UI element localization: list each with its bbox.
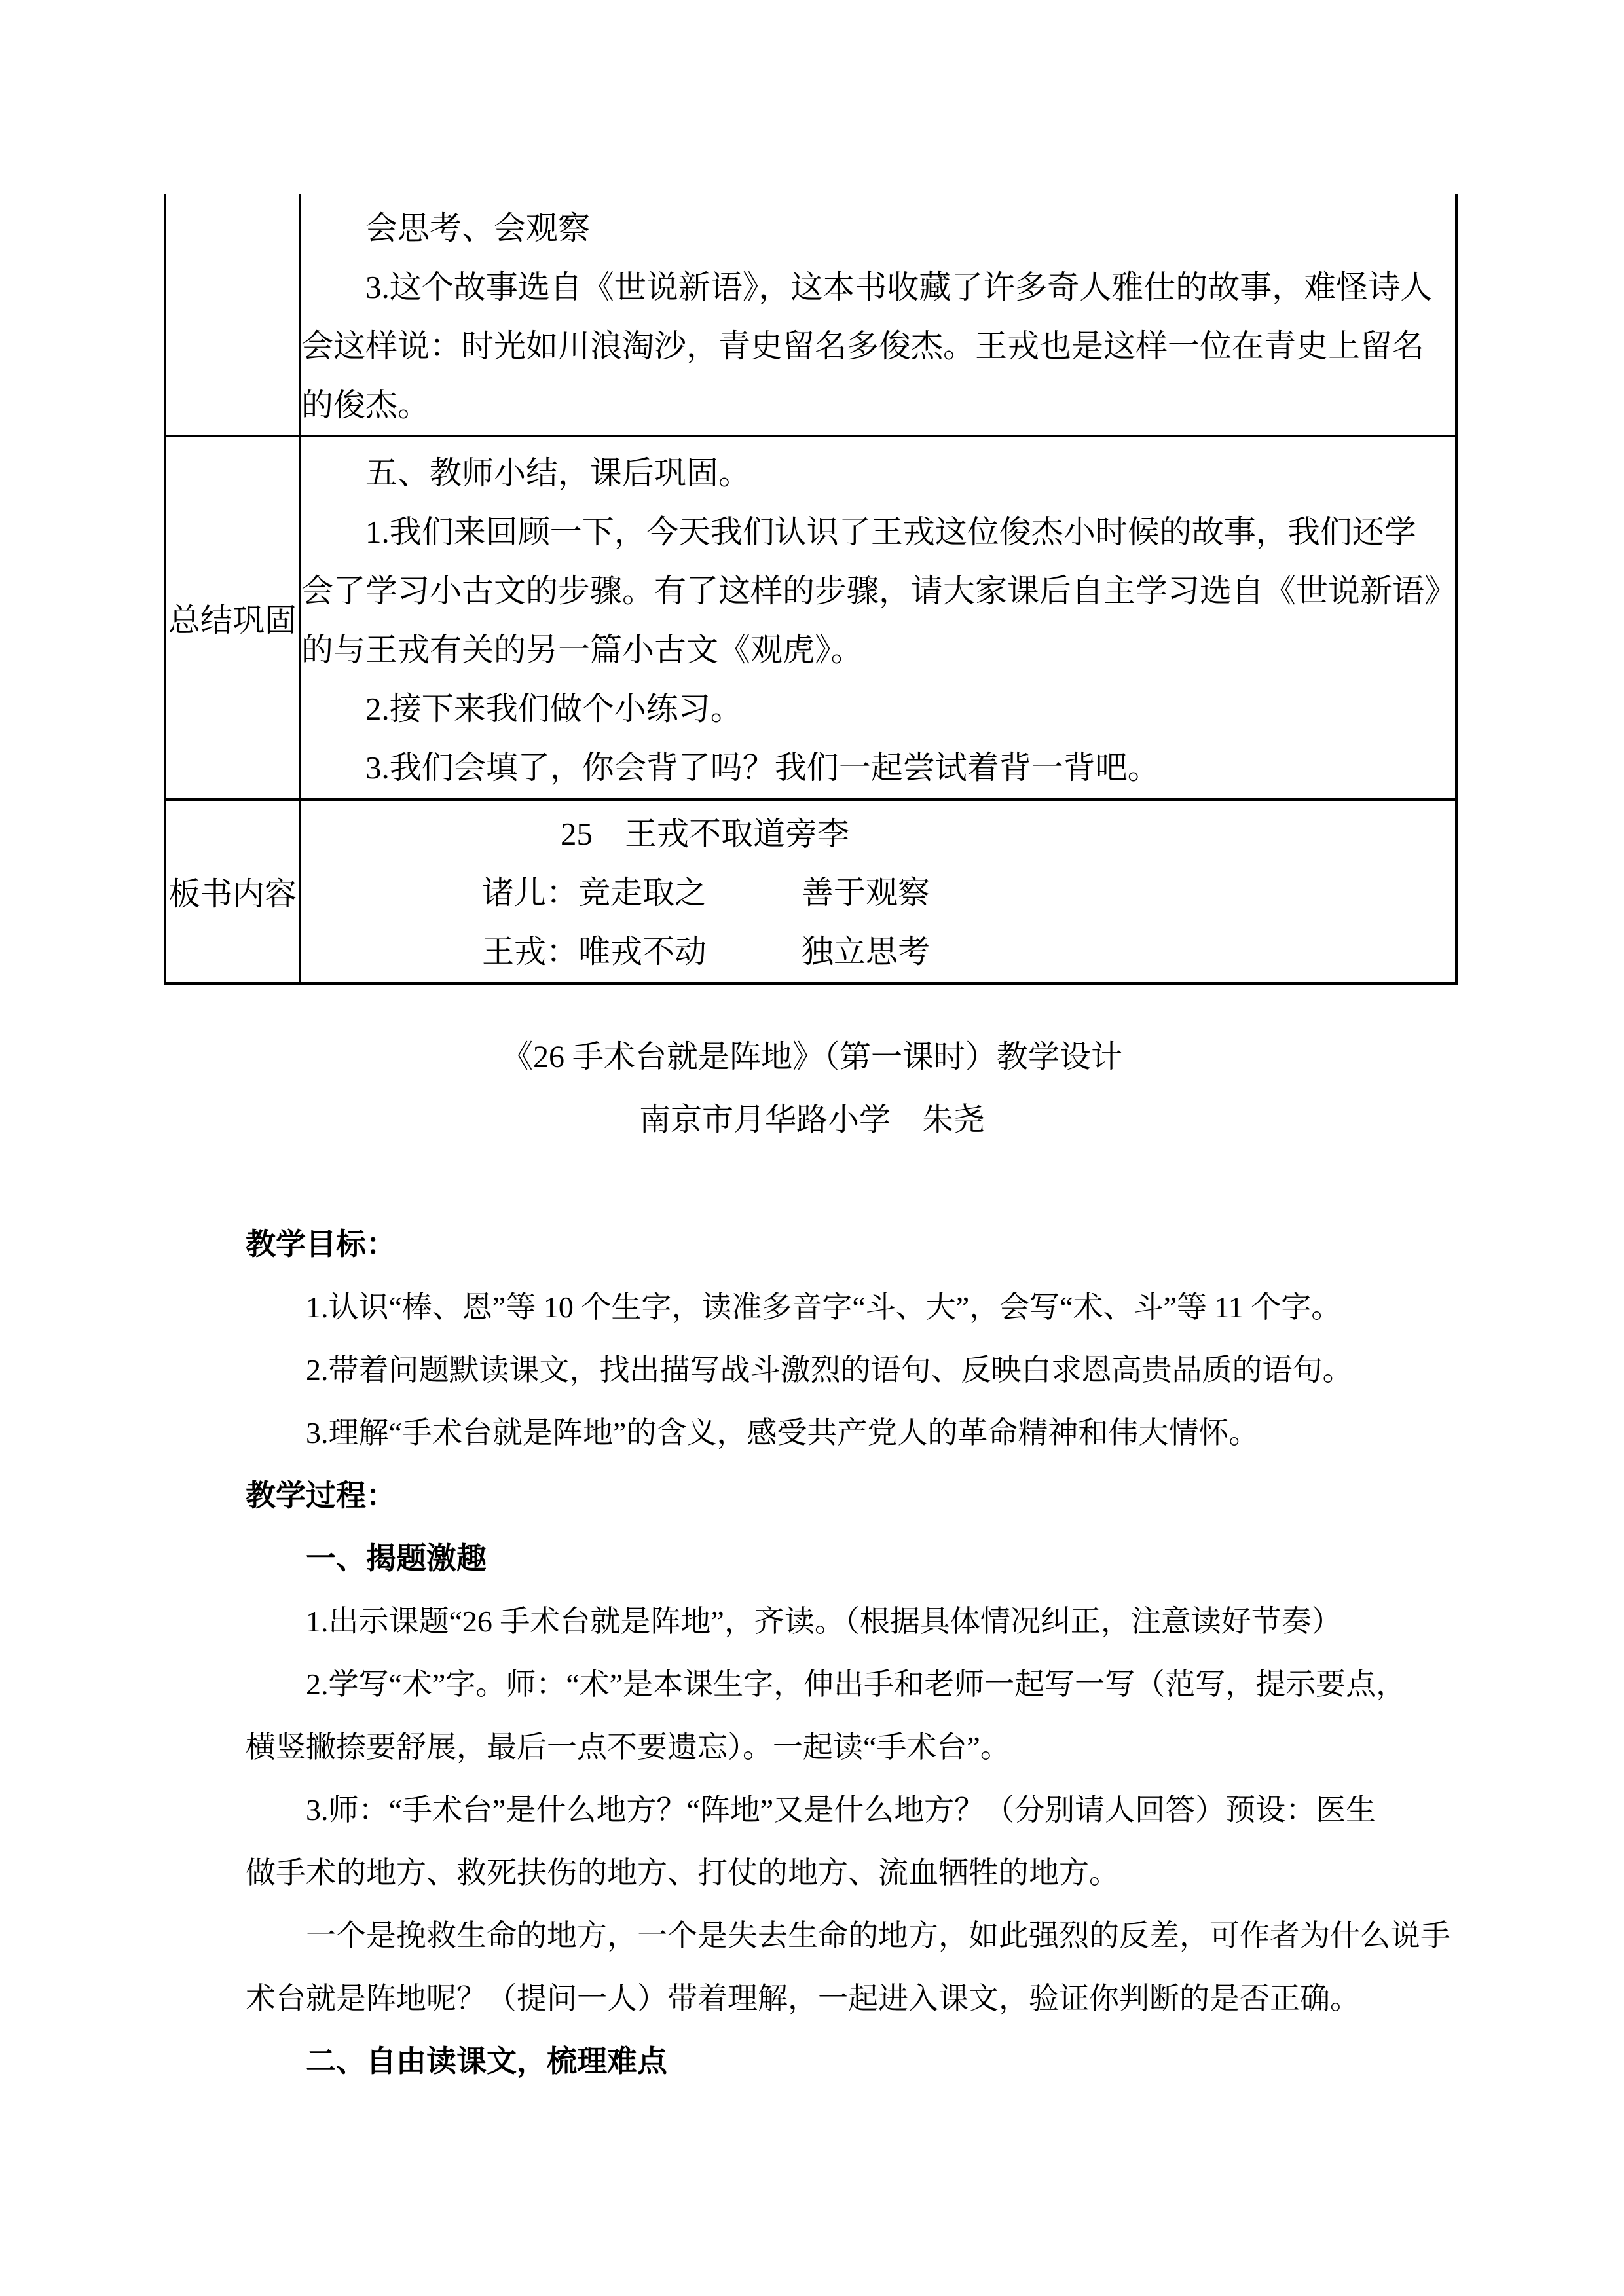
body-line: 2.带着问题默读课文，找出描写战斗激烈的语句、反映白求恩高贵品质的语句。 [246,1339,1477,1402]
board-pair-right: 独立思考 [802,922,930,981]
row-label-empty [166,194,301,435]
table-text-line: 会思考、会观察 [301,199,1455,258]
board-pair-line: 王戎：唯戎不动独立思考 [301,922,1455,981]
lesson-plan-table: 会思考、会观察 3.这个故事选自《世说新语》，这本书收藏了许多奇人雅仕的故事，难… [164,194,1458,985]
section-heading-step2: 二、自由读课文，梳理难点 [246,2030,1477,2093]
section-heading-objectives: 教学目标： [246,1213,1477,1276]
section-heading-step1: 一、揭题激趣 [246,1527,1477,1590]
row-content: 25 王戎不取道旁李 诸儿：竞走取之善于观察 王戎：唯戎不动独立思考 [301,801,1455,982]
title-block: 《26 手术台就是阵地》（第一课时）教学设计 南京市月华路小学 朱尧 [165,1026,1459,1152]
board-pair-right: 善于观察 [802,864,930,922]
row-content: 五、教师小结，课后巩固。 1.我们来回顾一下，今天我们认识了王戎这位俊杰小时候的… [301,437,1455,798]
lesson-body: 教学目标： 1.认识“棒、恩”等 10 个生字，读准多音字“斗、大”，会写“术、… [246,1213,1477,2093]
page-title: 《26 手术台就是阵地》（第一课时）教学设计 [165,1026,1459,1089]
table-row-board: 板书内容 25 王戎不取道旁李 诸儿：竞走取之善于观察 王戎：唯戎不动独立思考 [166,801,1455,985]
row-label-board: 板书内容 [166,801,301,982]
table-text-line: 3.这个故事选自《世说新语》，这本书收藏了许多奇人雅仕的故事，难怪诗人 [301,258,1455,317]
table-row-continued: 会思考、会观察 3.这个故事选自《世说新语》，这本书收藏了许多奇人雅仕的故事，难… [166,194,1455,437]
body-line: 1.出示课题“26 手术台就是阵地”，齐读。（根据具体情况纠正，注意读好节奏） [246,1590,1477,1653]
table-text-line: 2.接下来我们做个小练习。 [301,680,1455,738]
table-row-summary: 总结巩固 五、教师小结，课后巩固。 1.我们来回顾一下，今天我们认识了王戎这位俊… [166,437,1455,801]
board-title-line: 25 王戎不取道旁李 [301,805,1455,864]
body-line: 3.理解“手术台就是阵地”的含义，感受共产党人的革命精神和伟大情怀。 [246,1402,1477,1465]
body-line: 3.师：“手术台”是什么地方？“阵地”又是什么地方？（分别请人回答）预设：医生 [246,1779,1477,1842]
body-line: 2.学写“术”字。师：“术”是本课生字，伸出手和老师一起写一写（范写，提示要点， [246,1653,1477,1716]
row-content: 会思考、会观察 3.这个故事选自《世说新语》，这本书收藏了许多奇人雅仕的故事，难… [301,194,1455,435]
body-line: 做手术的地方、救死扶伤的地方、打仗的地方、流血牺牲的地方。 [246,1842,1477,1904]
section-heading-process: 教学过程： [246,1465,1477,1527]
table-text-line: 五、教师小结，课后巩固。 [301,444,1455,503]
table-text-line: 的俊杰。 [301,376,1455,435]
body-line: 横竖撇捺要舒展，最后一点不要遗忘）。一起读“手术台”。 [246,1716,1477,1779]
body-line: 术台就是阵地呢？（提问一人）带着理解，一起进入课文，验证你判断的是否正确。 [246,1967,1477,2030]
table-text-line: 的与王戎有关的另一篇小古文《观虎》。 [301,621,1455,680]
row-label-summary: 总结巩固 [166,437,301,798]
table-text-line: 会了学习小古文的步骤。有了这样的步骤，请大家课后自主学习选自《世说新语》 [301,562,1455,621]
document-page: 会思考、会观察 3.这个故事选自《世说新语》，这本书收藏了许多奇人雅仕的故事，难… [0,0,1624,2296]
body-line: 一个是挽救生命的地方，一个是失去生命的地方，如此强烈的反差，可作者为什么说手 [246,1904,1477,1967]
board-pair-left: 王戎：唯戎不动 [482,934,707,970]
author-line: 南京市月华路小学 朱尧 [165,1089,1459,1152]
table-text-line: 会这样说：时光如川浪淘沙，青史留名多俊杰。王戎也是这样一位在青史上留名 [301,317,1455,376]
board-pair-line: 诸儿：竞走取之善于观察 [301,864,1455,922]
body-line: 1.认识“棒、恩”等 10 个生字，读准多音字“斗、大”，会写“术、斗”等 11… [246,1276,1477,1339]
board-pair-left: 诸儿：竞走取之 [482,875,707,911]
table-text-line: 1.我们来回顾一下，今天我们认识了王戎这位俊杰小时候的故事，我们还学 [301,503,1455,562]
table-text-line: 3.我们会填了，你会背了吗？我们一起尝试着背一背吧。 [301,738,1455,797]
